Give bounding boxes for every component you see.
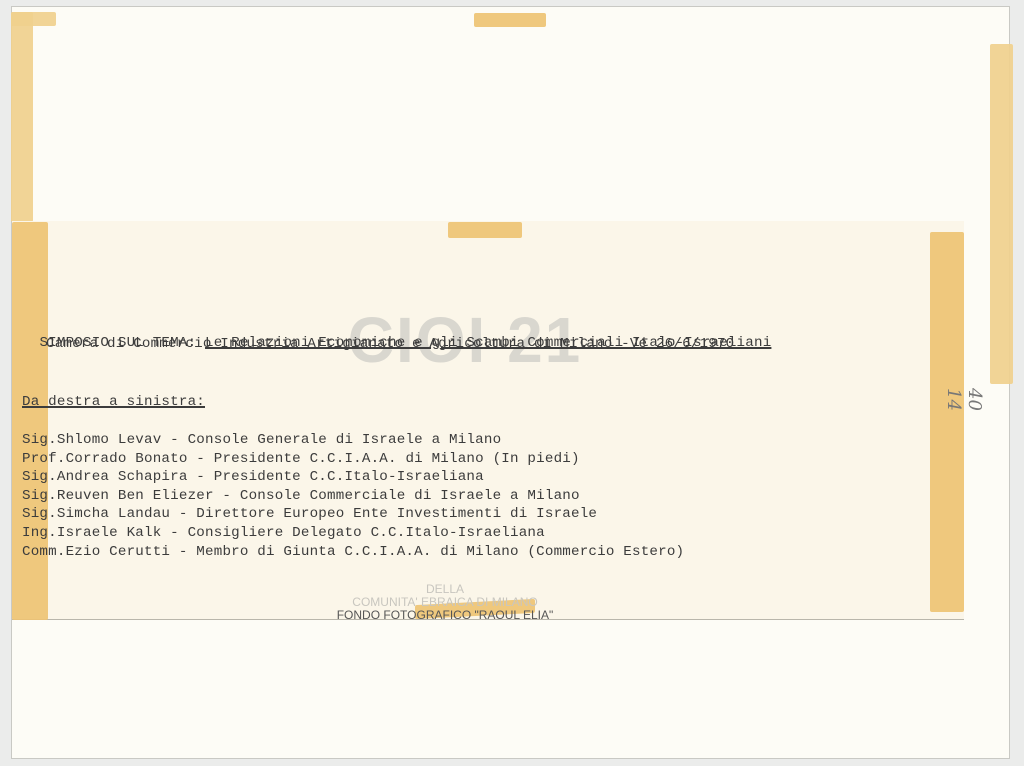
- person-row: Comm.Ezio Cerutti - Membro di Giunta C.C…: [22, 543, 684, 562]
- person-role: Presidente C.C.I.A.A. di Milano (In pied…: [214, 451, 580, 467]
- person-name: Comm.Ezio Cerutti: [22, 544, 170, 560]
- person-role: Consigliere Delegato C.C.Italo-Israelian…: [188, 525, 545, 541]
- tape-right-vertical: [990, 44, 1013, 384]
- separator: -: [188, 451, 214, 467]
- person-role: Console Generale di Israele a Milano: [188, 432, 502, 448]
- tape-top-left-vertical: [11, 12, 33, 222]
- separator: -: [170, 544, 196, 560]
- person-role: Membro di Giunta C.C.I.A.A. di Milano (C…: [196, 544, 684, 560]
- person-row: Ing.Israele Kalk - Consigliere Delegato …: [22, 524, 545, 543]
- venue-line: Camera di Commercio Industria Artigianat…: [46, 335, 734, 354]
- tape-top-left-corner: [11, 12, 56, 26]
- caption-heading: Da destra a sinistra:: [22, 393, 205, 412]
- person-role: Console Commerciale di Israele a Milano: [240, 488, 580, 504]
- separator: -: [170, 506, 196, 522]
- person-row: Sig.Simcha Landau - Direttore Europeo En…: [22, 505, 597, 524]
- archive-stamp: DELLA COMUNITA' EBRAICA DI MILANO FONDO …: [300, 583, 590, 622]
- person-role: Direttore Europeo Ente Investimenti di I…: [196, 506, 597, 522]
- person-name: Sig.Andrea Schapira: [22, 469, 188, 485]
- handwritten-number: 40 14: [943, 388, 985, 427]
- separator: -: [214, 488, 240, 504]
- separator: -: [161, 525, 187, 541]
- person-row: Sig.Shlomo Levav - Console Generale di I…: [22, 431, 501, 450]
- person-name: Prof.Corrado Bonato: [22, 451, 188, 467]
- separator: -: [161, 432, 187, 448]
- archive-stamp-line3: FONDO FOTOGRAFICO "RAOUL ELIA": [300, 609, 590, 622]
- person-row: Prof.Corrado Bonato - Presidente C.C.I.A…: [22, 450, 580, 469]
- person-name: Sig.Simcha Landau: [22, 506, 170, 522]
- person-row: Sig.Andrea Schapira - Presidente C.C.Ita…: [22, 468, 484, 487]
- person-name: Sig.Reuven Ben Eliezer: [22, 488, 214, 504]
- tape-top-center: [474, 13, 546, 27]
- person-row: Sig.Reuven Ben Eliezer - Console Commerc…: [22, 487, 580, 506]
- person-role: Presidente C.C.Italo-Israeliana: [214, 469, 484, 485]
- tape-label-top: [448, 222, 522, 238]
- person-name: Sig.Shlomo Levav: [22, 432, 161, 448]
- separator: -: [188, 469, 214, 485]
- person-name: Ing.Israele Kalk: [22, 525, 161, 541]
